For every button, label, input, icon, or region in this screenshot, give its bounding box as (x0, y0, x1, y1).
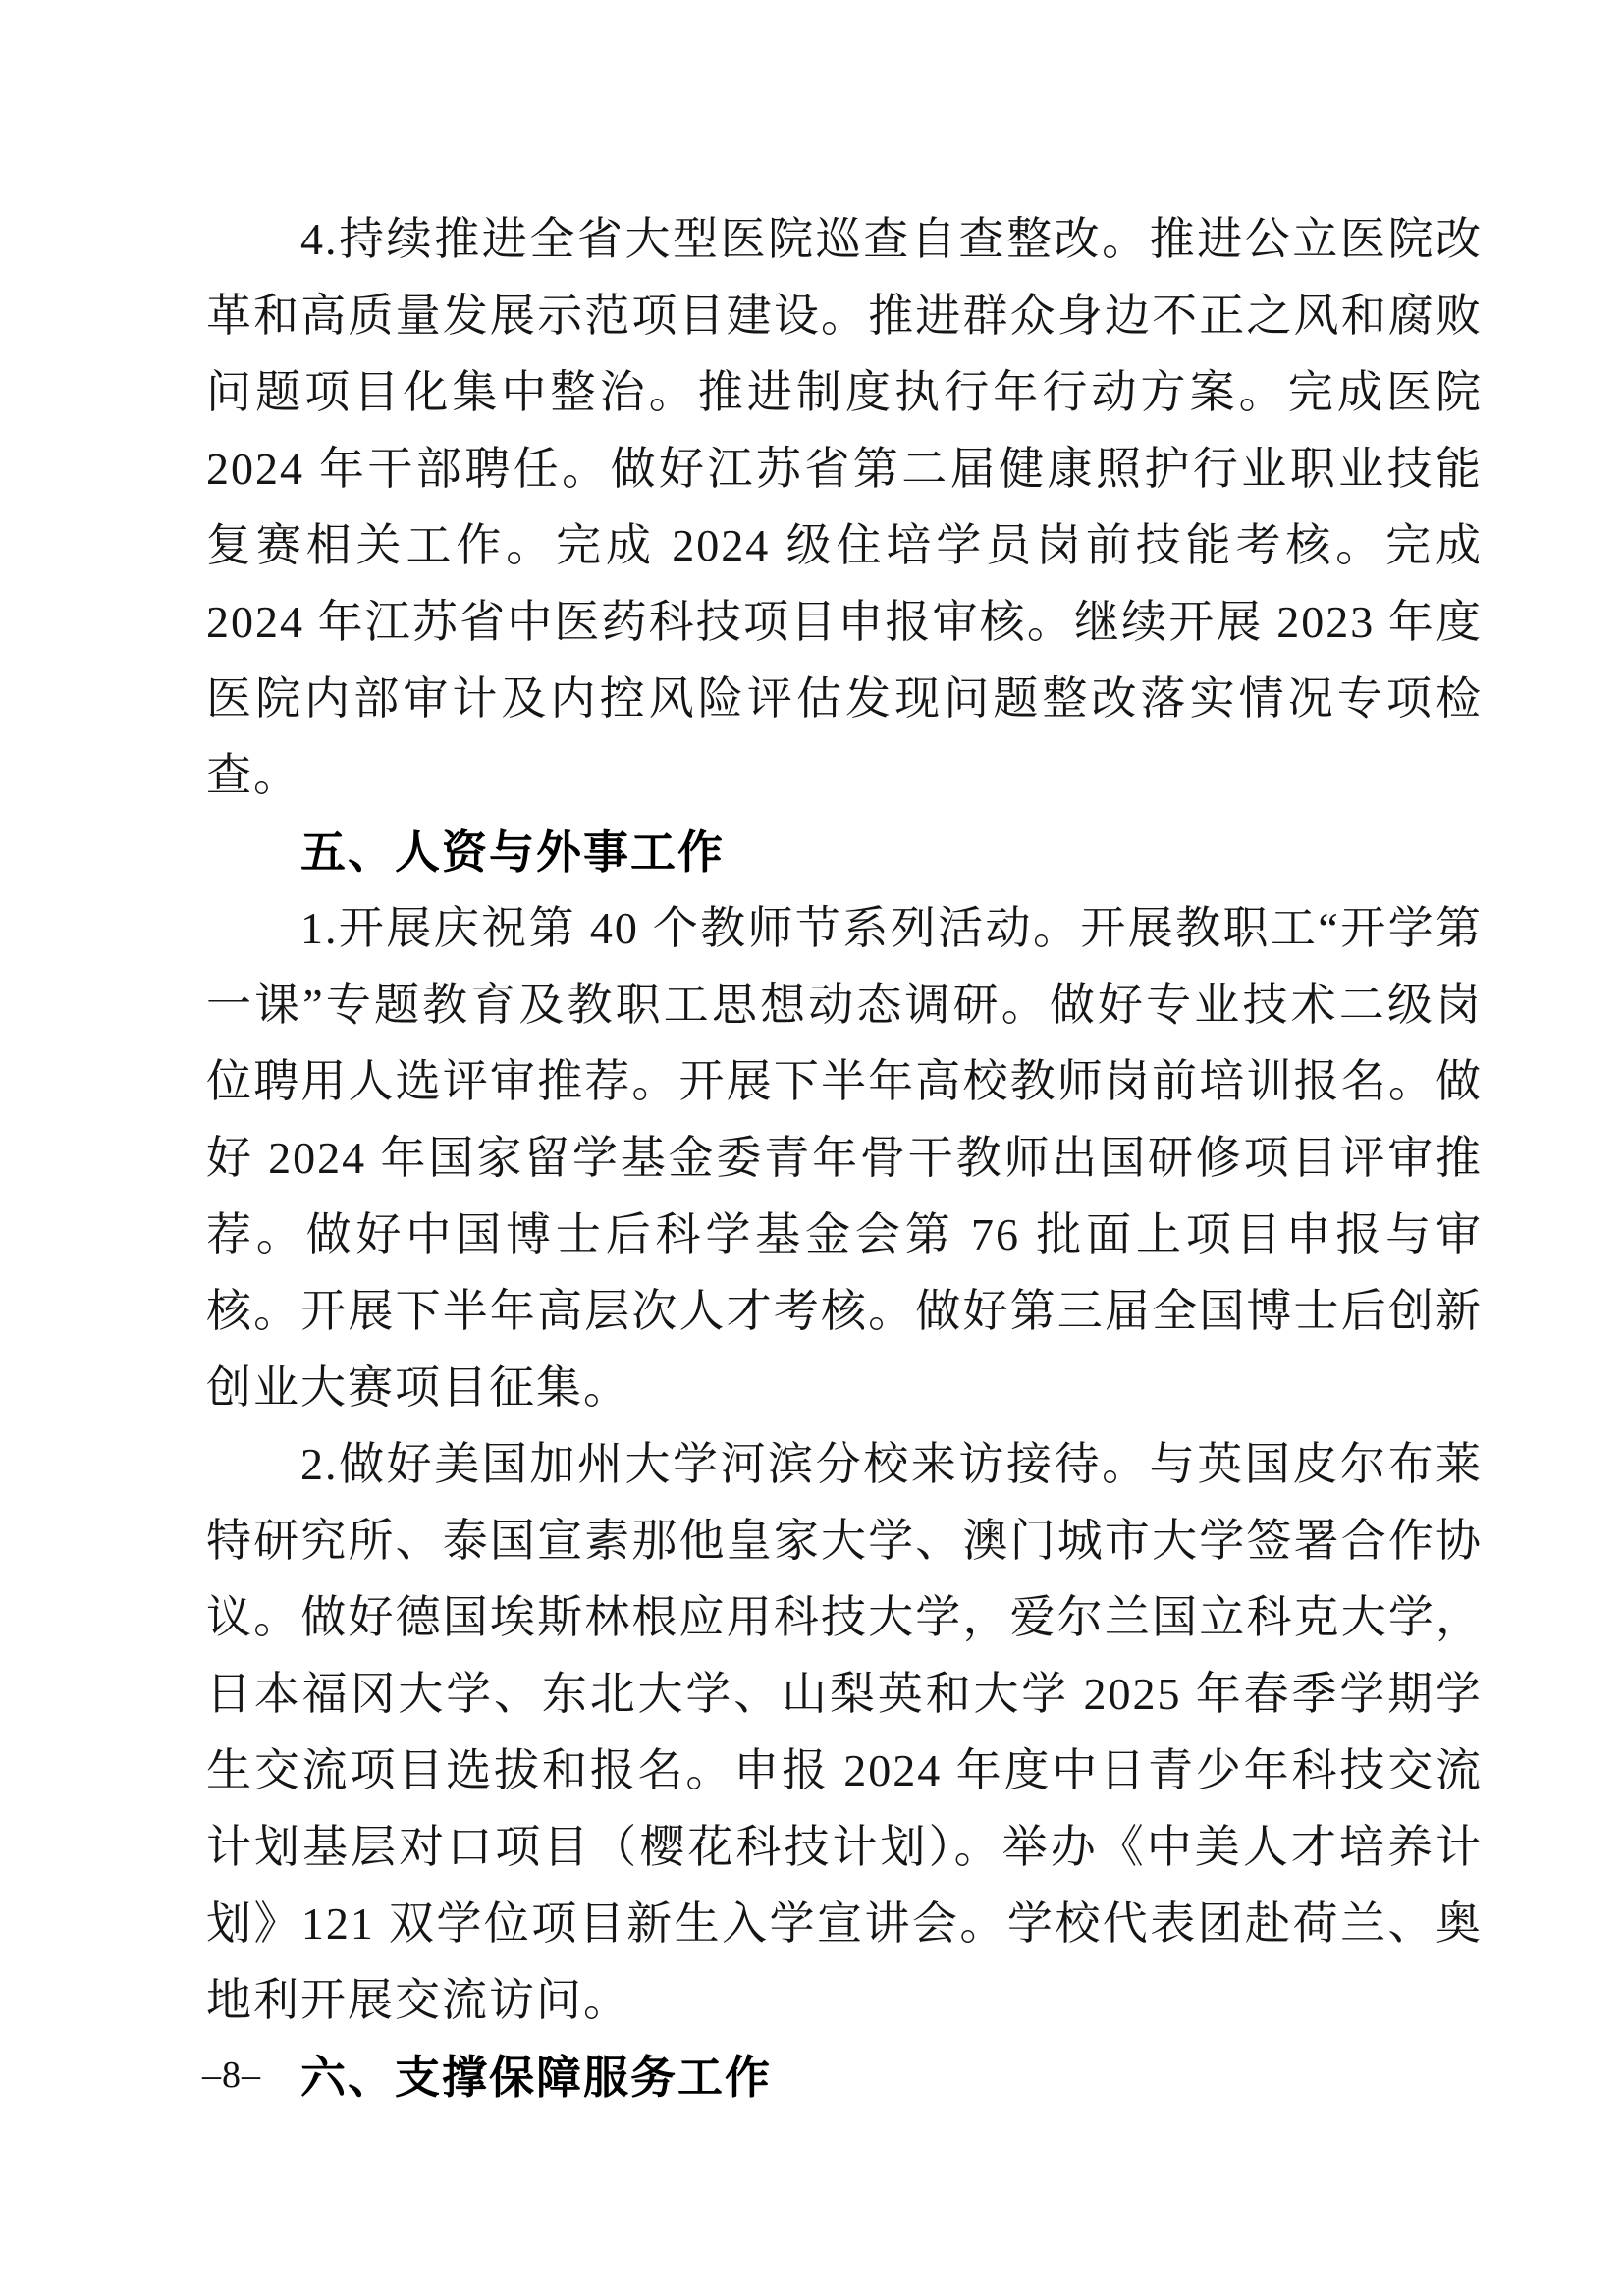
section-heading-5-hr-foreign-affairs: 五、人资与外事工作 (206, 814, 1483, 890)
paragraph-item-4-hospital-work: 4.持续推进全省大型医院巡查自查整改。推进公立医院改革和高质量发展示范项目建设。… (206, 201, 1483, 814)
page-number: –8– (202, 2054, 261, 2097)
document-page: 4.持续推进全省大型医院巡查自查整改。推进公立医院改革和高质量发展示范项目建设。… (0, 0, 1624, 2296)
section-heading-6-support-services: 六、支撑保障服务工作 (206, 2039, 1483, 2115)
paragraph-item-1-teachers-day: 1.开展庆祝第 40 个教师节系列活动。开展教职工“开学第一课”专题教育及教职工… (206, 890, 1483, 1426)
paragraph-item-2-international-exchange: 2.做好美国加州大学河滨分校来访接待。与英国皮尔布莱特研究所、泰国宣素那他皇家大… (206, 1426, 1483, 2039)
document-body: 4.持续推进全省大型医院巡查自查整改。推进公立医院改革和高质量发展示范项目建设。… (206, 201, 1483, 2115)
